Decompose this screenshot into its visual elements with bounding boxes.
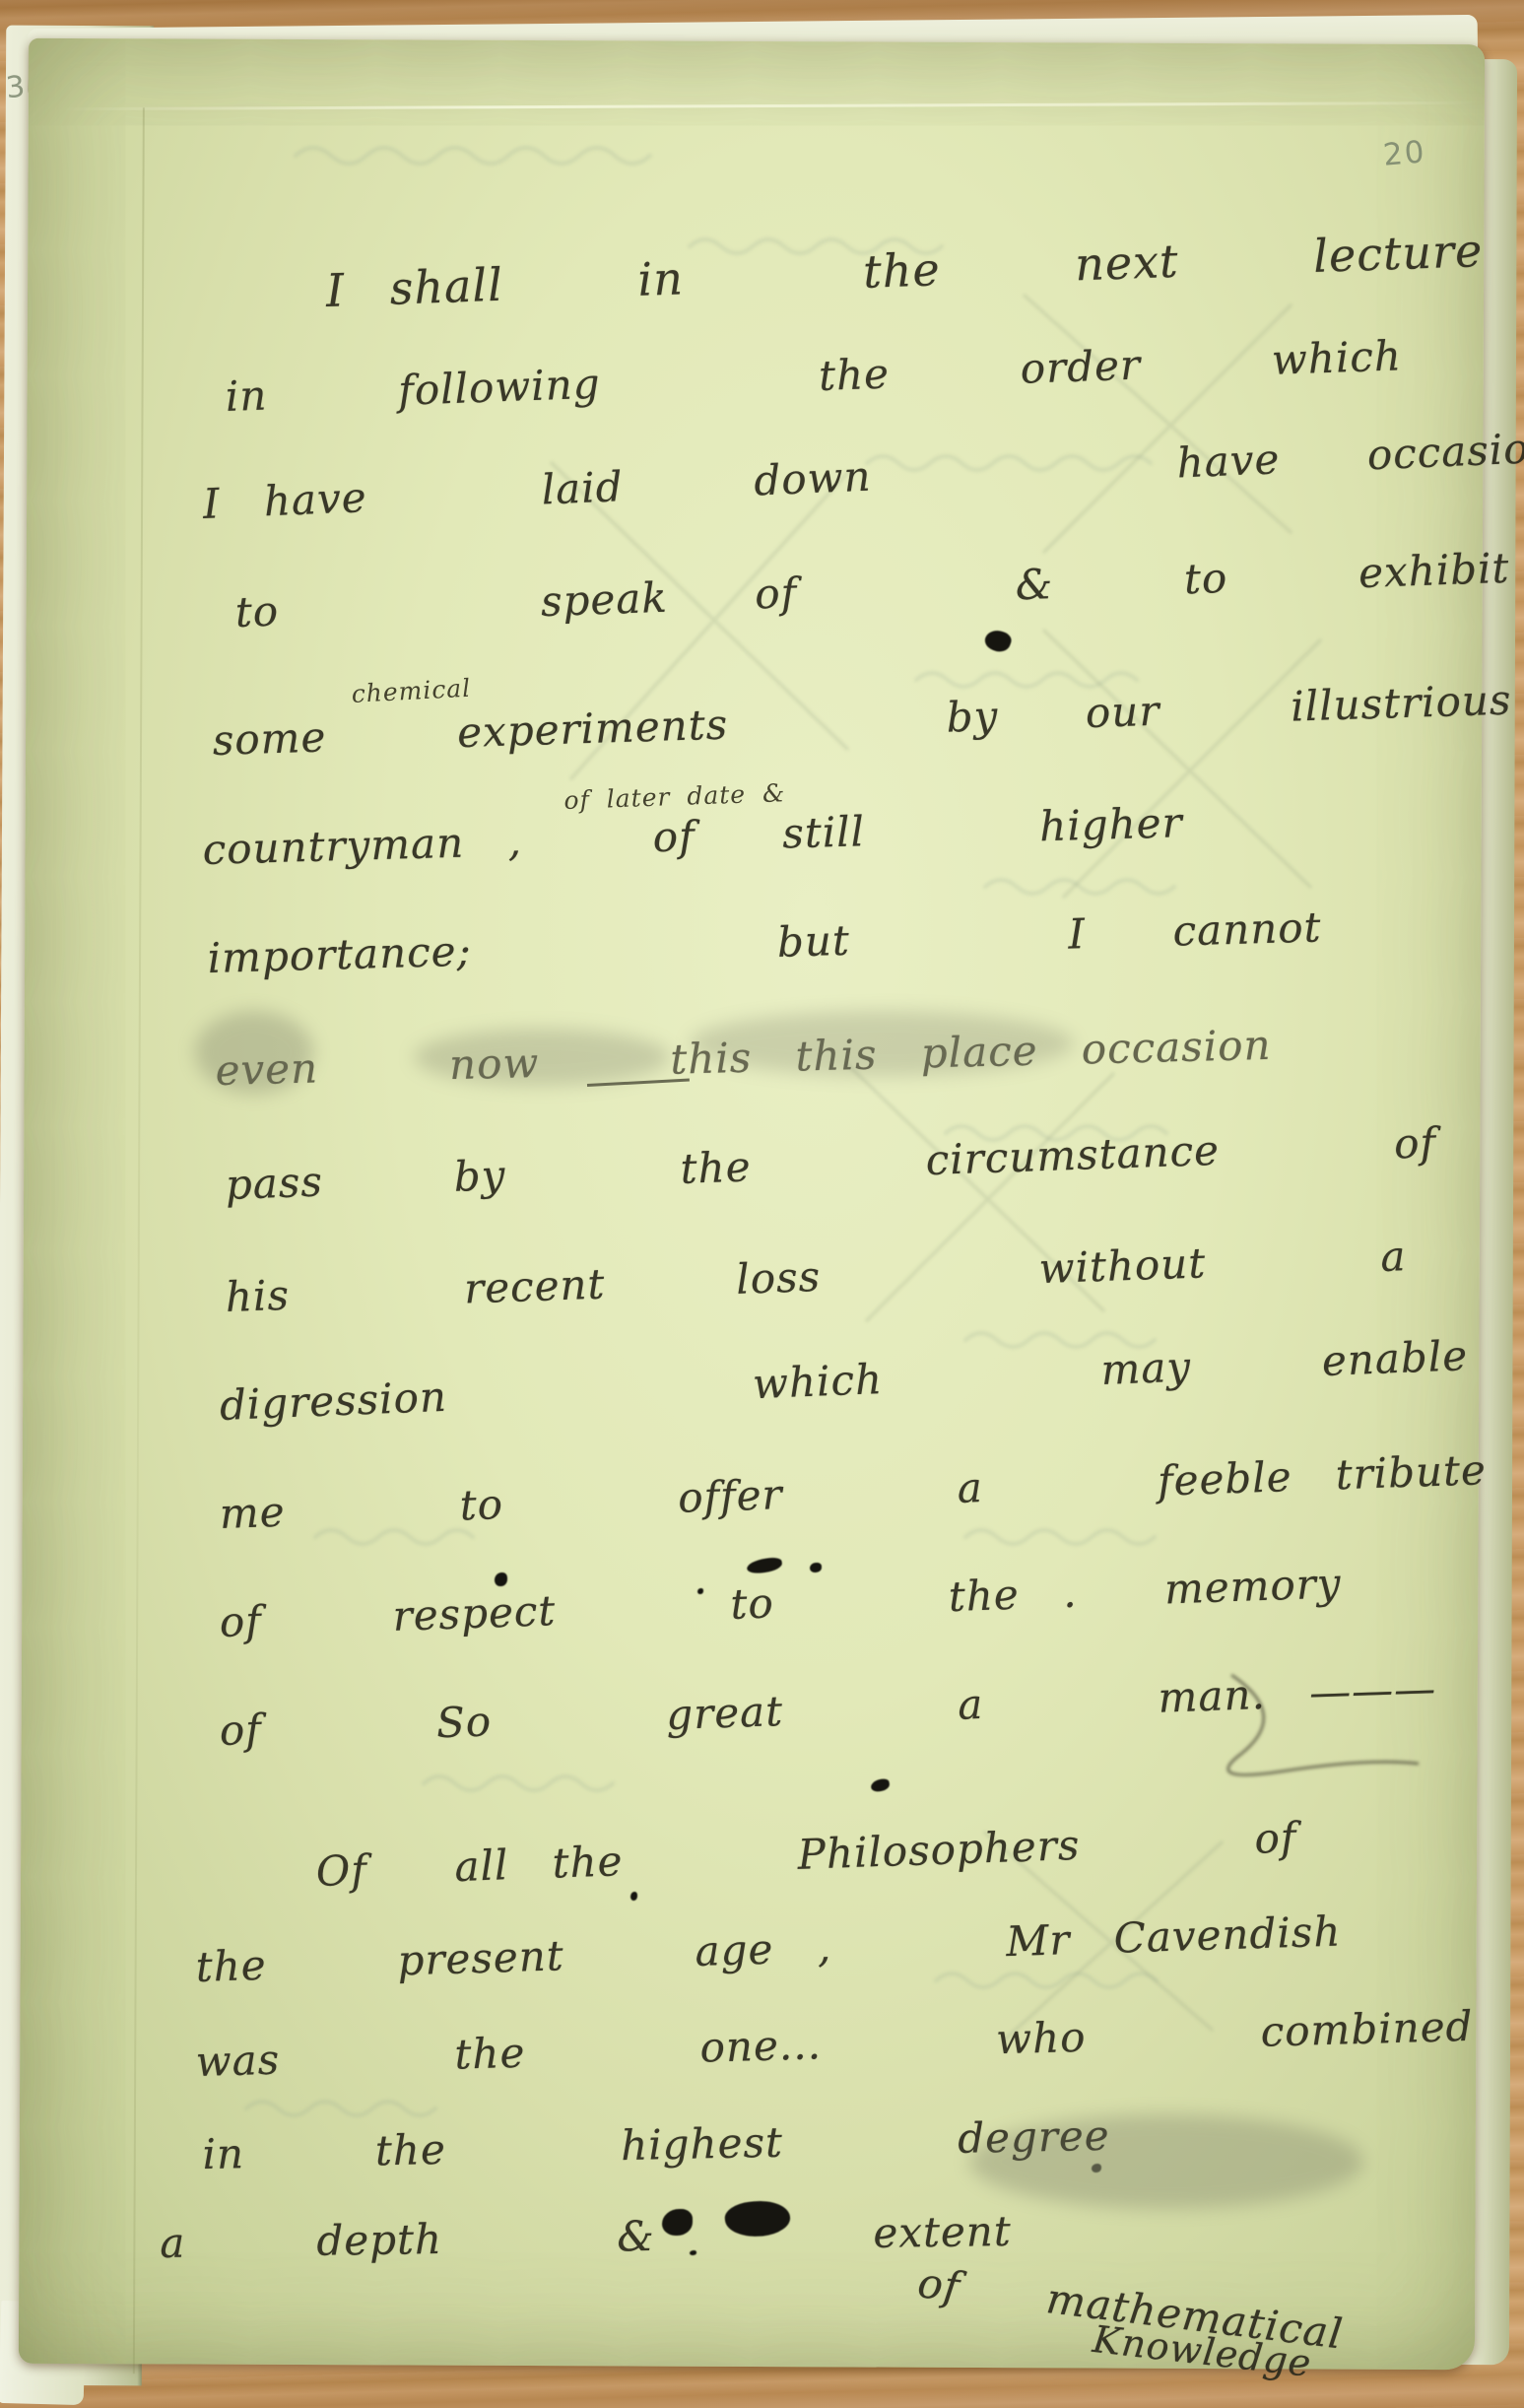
pencil-smudge — [690, 1011, 1074, 1076]
ink-blot — [697, 1588, 703, 1594]
ink-blot — [630, 1892, 637, 1901]
pencil-smudge — [195, 1011, 313, 1094]
ink-blot — [495, 1572, 507, 1586]
desk-scene: { "manuscript": { "folio_number": "39", … — [0, 0, 1524, 2408]
pencil-smudge-erased-word — [969, 2114, 1363, 2209]
pencil-smudge — [414, 1029, 670, 1086]
ink-blot — [810, 1563, 822, 1572]
ink-blot — [662, 2209, 693, 2236]
page-number: 20 — [1382, 134, 1427, 173]
ink-blot — [690, 2250, 696, 2255]
